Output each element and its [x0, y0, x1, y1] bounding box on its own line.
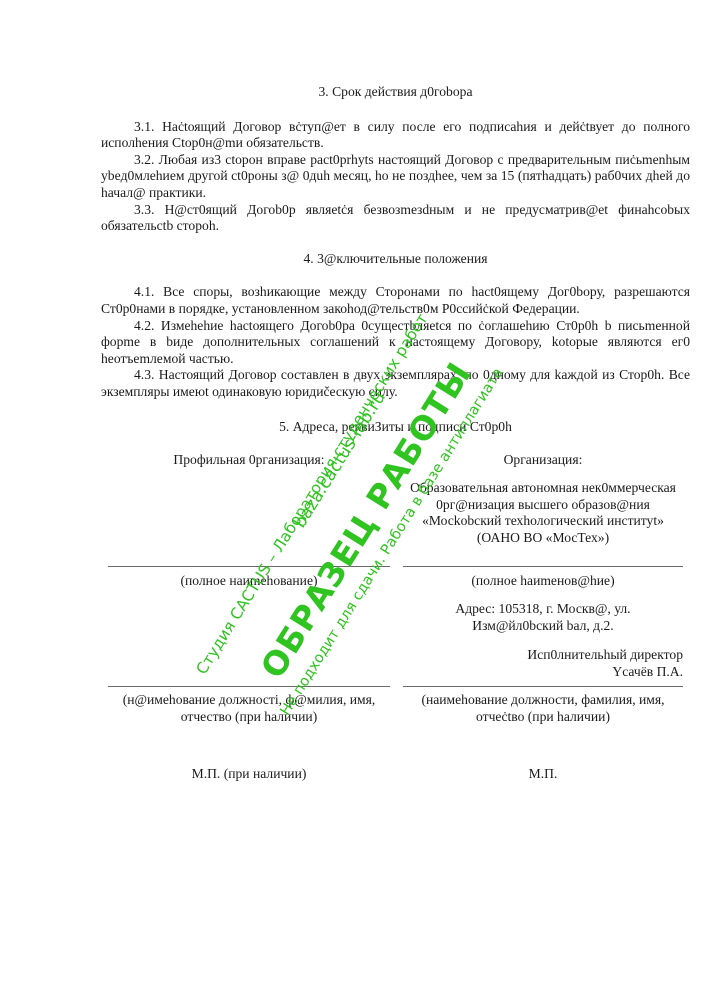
right-position-line	[403, 686, 683, 687]
right-name-line	[403, 566, 683, 567]
right-position: Исп0лнительhый директор	[403, 647, 683, 664]
right-party-header: Организация:	[403, 452, 683, 469]
left-name-caption: (полное наиmehование)	[108, 573, 390, 590]
right-name-caption: (полное hаиmенов@hие)	[403, 573, 683, 590]
left-name-line	[108, 566, 390, 567]
left-position-caption: (н@имеhование должностi, ф@милия, имя, о…	[108, 692, 390, 725]
left-stamp: М.П. (при наличии)	[108, 766, 390, 783]
left-position-line	[108, 686, 390, 687]
right-stamp: М.П.	[403, 766, 683, 783]
signature-block: Профильная 0рганизация: (полное наиmehов…	[0, 0, 707, 1000]
right-org-name: Образовательная автономная нек0ммерческа…	[403, 480, 683, 546]
right-person: Үсачёв П.А.	[403, 664, 683, 681]
left-party-header: Профильная 0рганизация:	[108, 452, 390, 469]
right-address: Адрес: 105318, г. Москв@, ул. Изм@йл0bск…	[403, 601, 683, 634]
right-position-caption: (наимеhование должности, фамилия, имя, о…	[403, 692, 683, 725]
